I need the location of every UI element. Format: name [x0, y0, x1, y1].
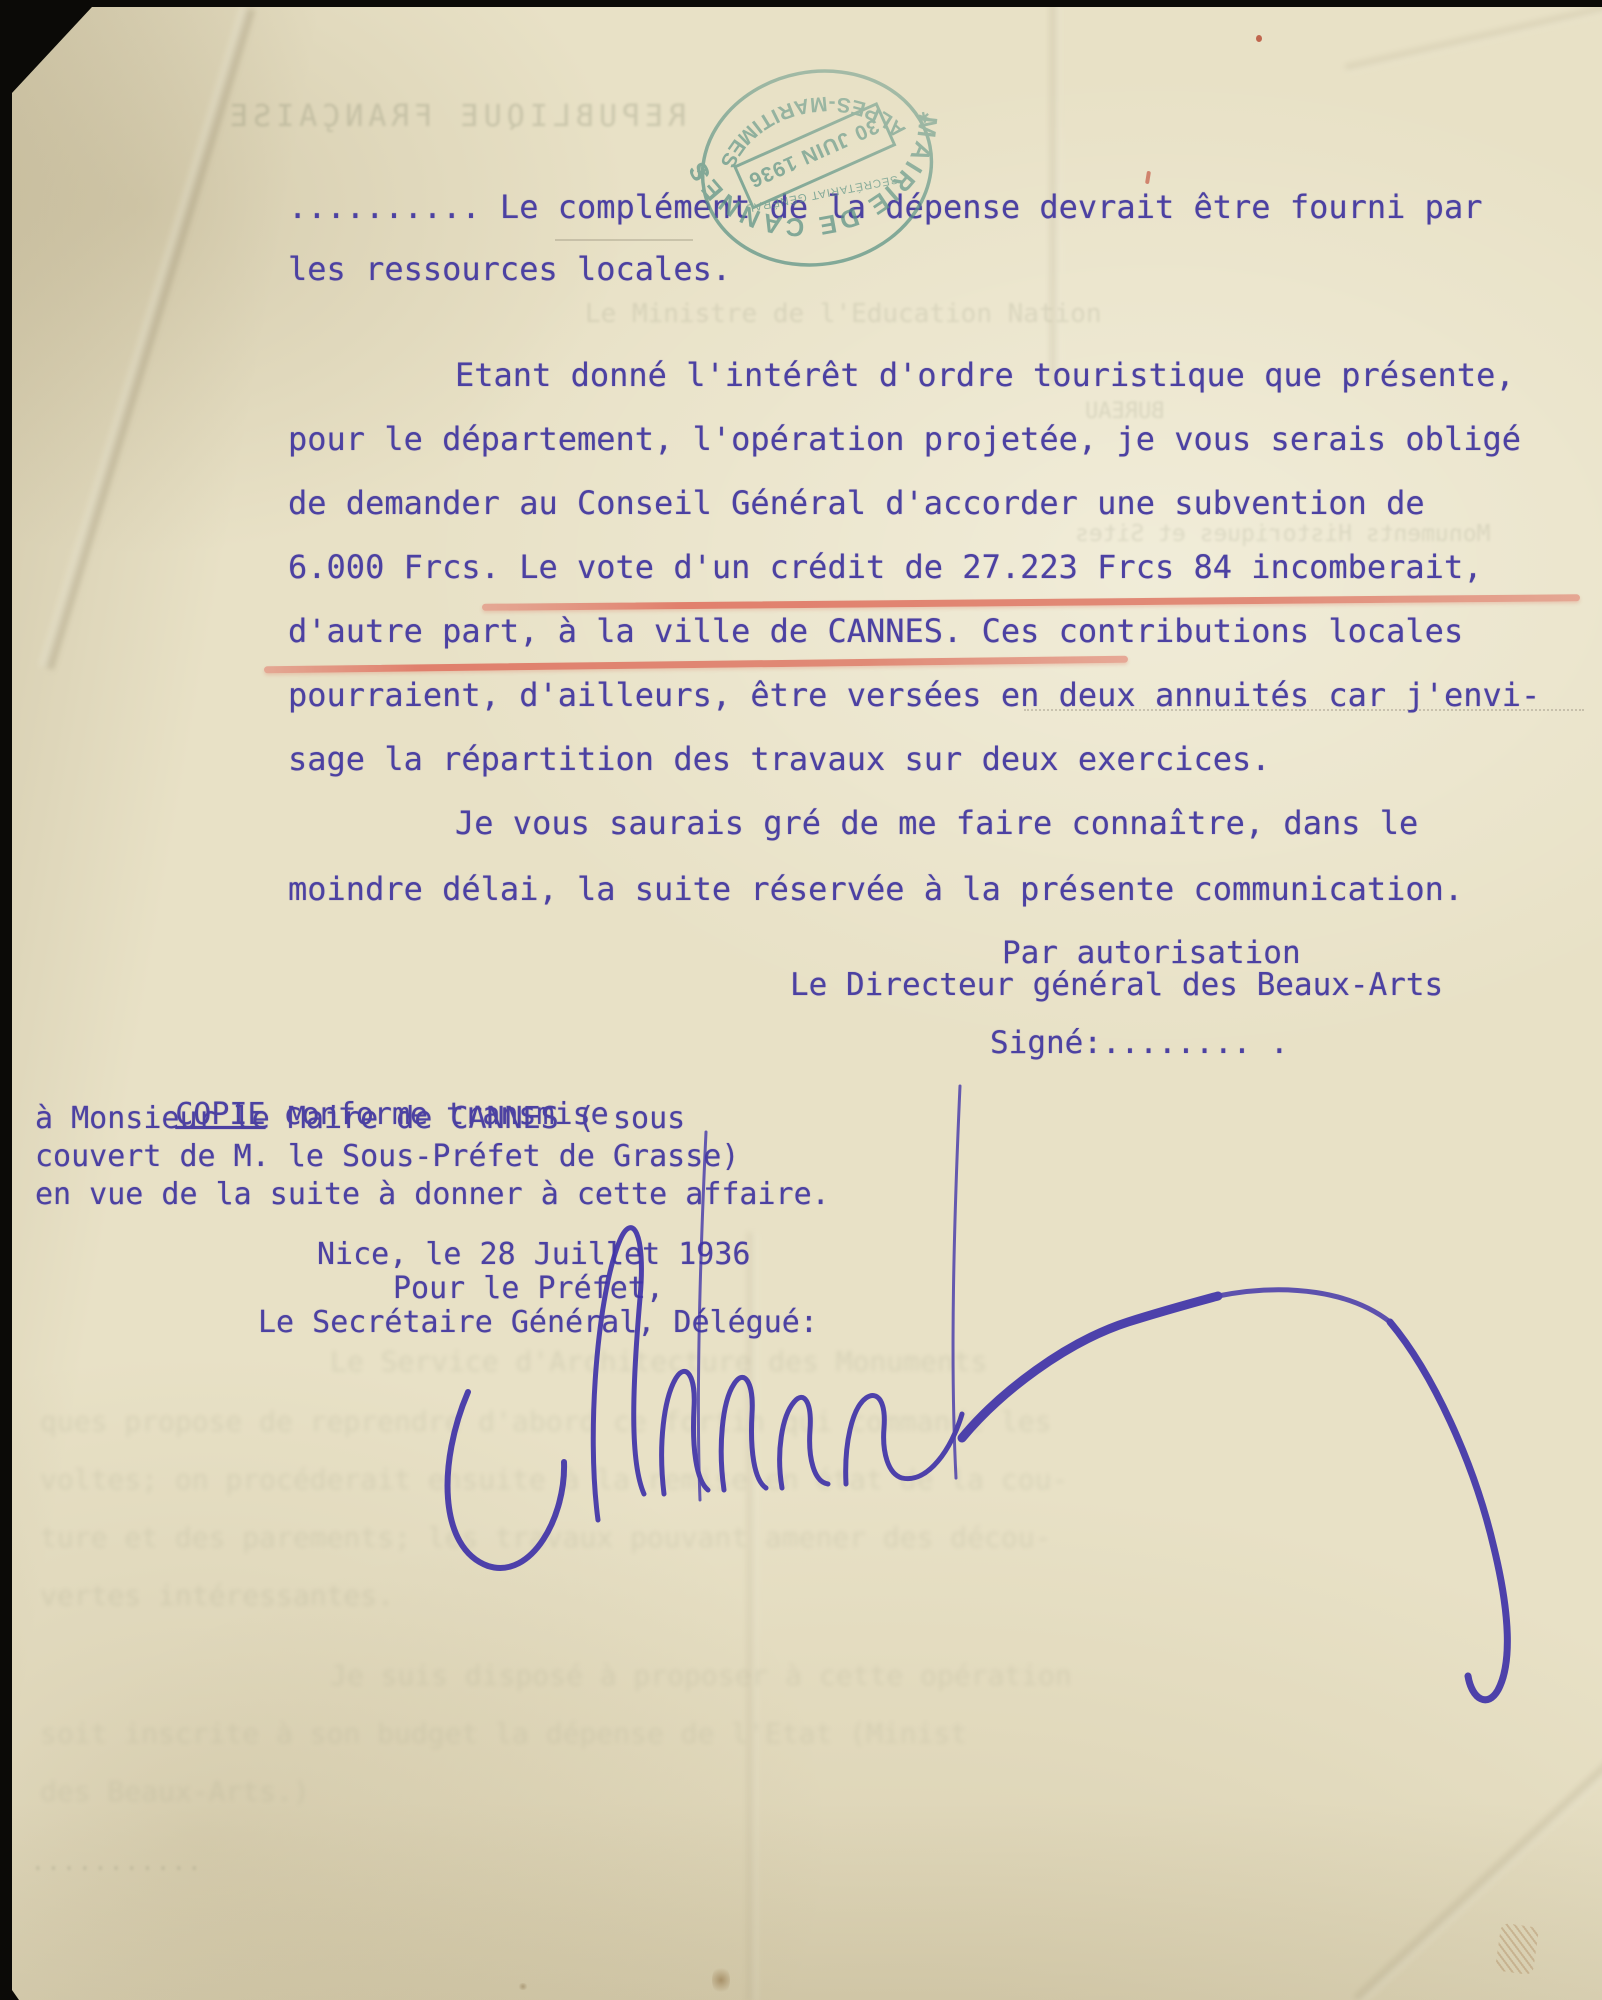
small-dirt	[518, 1983, 528, 1990]
authorization-line: Par autorisation	[1002, 936, 1301, 970]
bleedthrough-text: ques propose de reprendre d'abord ce for…	[40, 1405, 1051, 1438]
letter-line: sage la répartition des travaux sur deux…	[288, 742, 1271, 776]
brown-spot	[712, 1965, 730, 1995]
bleedthrough-text: REPUBLIQUE FRANÇAISE	[225, 99, 686, 134]
director-line: Le Directeur général des Beaux-Arts	[790, 968, 1443, 1002]
crease-top-right-fold	[1345, 0, 1602, 75]
svg-text:MAIRIE DE CANNES: MAIRIE DE CANNES	[681, 109, 960, 262]
scanned-letter-photo: { "colors":{ "paper":"#e8e1c6", "ink":"#…	[0, 0, 1602, 2000]
rust-patch	[1495, 1923, 1539, 1976]
bleedthrough-text: voltes; on procéderait ensuite à la remi…	[40, 1463, 1068, 1496]
letter-line: pour le département, l'opération projeté…	[288, 422, 1521, 456]
letter-line: de demander au Conseil Général d'accorde…	[288, 486, 1425, 520]
aged-paper-sheet: REPUBLIQUE FRANÇAISE Le Ministre de l'Ed…	[12, 7, 1602, 2000]
red-speck	[1256, 35, 1262, 42]
letter-line: Etant donné l'intérêt d'ordre touristiqu…	[455, 358, 1515, 392]
letter-line: Je vous saurais gré de me faire connaîtr…	[455, 806, 1418, 840]
signed-line: Signé:........ .	[990, 1026, 1289, 1060]
letter-line: d'autre part, à la ville de CANNES. Ces …	[288, 614, 1463, 648]
red-underline-cannes	[264, 656, 1128, 674]
crease-top-left-diagonal	[40, 6, 255, 670]
copy-note-line4: en vue de la suite à donner à cette affa…	[35, 1178, 830, 1212]
crease-lower-vertical	[747, 1232, 758, 2000]
red-tick	[1145, 171, 1151, 184]
crease-bottom-right-diagonal	[1354, 1758, 1602, 2000]
place-date-line: Nice, le 28 Juillet 1936	[317, 1238, 750, 1272]
bleedthrough-text: des Beaux-Arts.)	[40, 1775, 310, 1808]
bleedthrough-text: Le Ministre de l'Education Nation	[585, 299, 1102, 329]
bleedthrough-rule	[555, 239, 693, 241]
copy-note-line3: couvert de M. le Sous-Préfet de Grasse)	[35, 1140, 739, 1174]
bleedthrough-text: Le Service d'Architecture des Monuments	[330, 1345, 987, 1378]
letter-line: 6.000 Frcs. Le vote d'un crédit de 27.22…	[288, 550, 1482, 584]
bleedthrough-text: Monuments Historiques et Sites	[1075, 521, 1490, 547]
bleedthrough-text: ...........	[30, 1847, 202, 1877]
bleedthrough-text: vertes intéressantes.	[40, 1579, 394, 1612]
bleedthrough-text: soit inscrite à son budget la dépense de…	[40, 1717, 967, 1750]
bleedthrough-text: Je suis disposé à proposer à cette opéra…	[330, 1659, 1072, 1692]
copy-note-line2: à Monsieur le Maire de CANNES ( sous	[35, 1102, 685, 1136]
bleedthrough-text: ture et des parements; les travaux pouva…	[40, 1521, 1051, 1554]
letter-line: moindre délai, la suite réservée à la pr…	[288, 872, 1463, 906]
stamp-city-arc: MAIRIE DE CANNES	[681, 109, 960, 262]
letter-line: pourraient, d'ailleurs, être versées en …	[288, 678, 1540, 712]
secretary-general-line: Le Secrétaire Général, Délégué:	[258, 1306, 818, 1340]
red-underline-credit	[482, 594, 1580, 611]
letter-line: les ressources locales.	[288, 252, 731, 286]
for-prefect-line: Pour le Préfet,	[393, 1272, 664, 1306]
